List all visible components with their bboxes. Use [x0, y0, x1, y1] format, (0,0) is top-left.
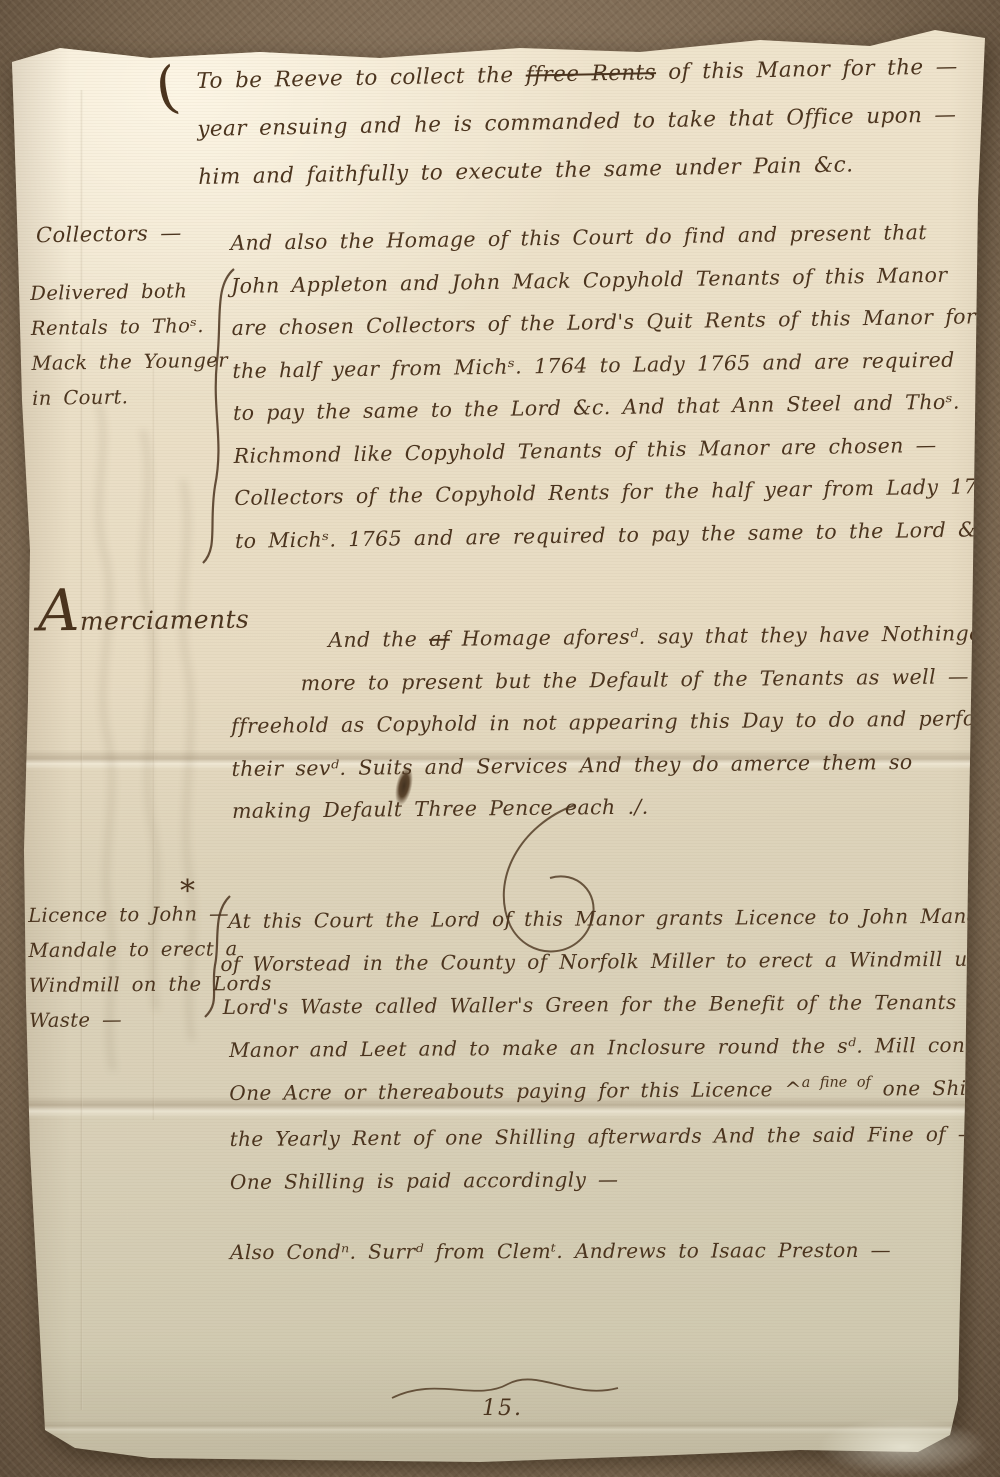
opening-paragraph: To be Reeve to collect the ffree Rents o… — [196, 43, 960, 202]
photograph-of-manuscript: { "page": { "number": "15.", "paper_colo… — [0, 0, 1000, 1477]
struck-text: ffree Rents — [526, 60, 657, 87]
body-line: One Shilling is paid accordingly — — [230, 1155, 1000, 1204]
body-line: Lord's Waste called Waller's Green for t… — [223, 980, 1000, 1029]
licence-paragraph: At this Court the Lord of this Manor gra… — [228, 894, 1000, 1204]
body-line: At this Court the Lord of this Manor gra… — [228, 894, 1000, 943]
margin-note-line: Delivered both — [30, 273, 227, 311]
body-line: making Default Three Pence each ./. — [232, 782, 1000, 833]
collectors-margin-heading: Collectors — — [36, 221, 182, 248]
collectors-paragraph: And also the Homage of this Court do fin… — [230, 210, 1000, 562]
amerciaments-margin-heading: Amerciaments — [38, 605, 250, 637]
struck-text: af — [429, 627, 450, 651]
interlinear-insertion: a fine of — [802, 1075, 871, 1091]
body-line: of Worstead in the County of Norfolk Mil… — [220, 937, 1000, 986]
body-line: One Acre or thereabouts paying for this … — [229, 1066, 1000, 1118]
horizontal-fold-crease-bottom — [0, 1420, 1000, 1434]
manuscript-page: ( To be Reeve to collect the ffree Rents… — [0, 0, 1000, 1477]
page-number: 15. — [482, 1396, 523, 1421]
margin-note-line: Mack the Younger — [31, 343, 228, 381]
paper-shadow-wrap: ( To be Reeve to collect the ffree Rents… — [0, 0, 1000, 1477]
closing-memorandum-line: Also Condⁿ. Surrᵈ from Clemᵗ. Andrews to… — [230, 1229, 891, 1274]
margin-note-line: Rentals to Thoˢ. — [31, 308, 228, 346]
amerciaments-paragraph: And the af Homage aforesᵈ. say that they… — [230, 612, 1000, 833]
opening-flourish-paren: ( — [151, 55, 184, 123]
body-line: the Yearly Rent of one Shilling afterwar… — [230, 1112, 1000, 1161]
body-line: Manor and Leet and to make an Inclosure … — [229, 1023, 1000, 1072]
